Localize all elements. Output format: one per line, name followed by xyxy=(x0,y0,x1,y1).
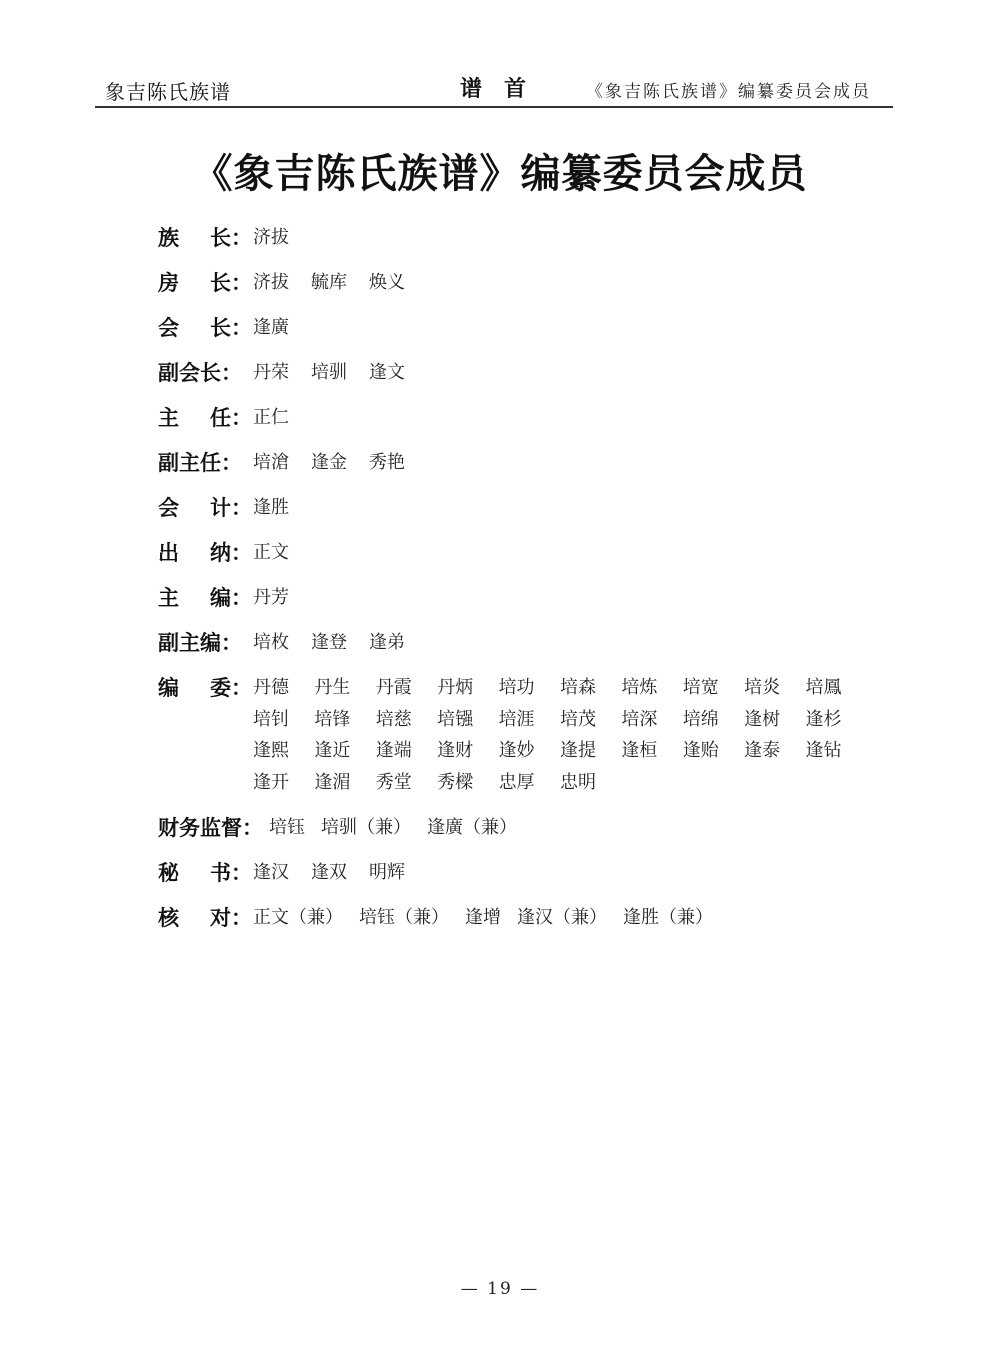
member-name: 逢熙 xyxy=(253,737,314,765)
roster-row: 秘书：逢汉逢双明辉 xyxy=(158,859,878,887)
role-colon: ： xyxy=(221,359,242,387)
member-name: 培枚 xyxy=(253,629,289,657)
member-name: 逢湄 xyxy=(314,769,375,797)
role-colon: ： xyxy=(231,904,252,932)
member-name: 逢杉 xyxy=(806,706,867,734)
roster-row: 族长：济拔 xyxy=(158,224,878,252)
member-names: 济拔毓库焕义 xyxy=(253,269,427,297)
member-name: 培绵 xyxy=(683,706,744,734)
role-name: 财务监督 xyxy=(158,814,242,842)
role-colon: ： xyxy=(231,269,252,297)
member-name: 丹生 xyxy=(314,674,375,702)
role-name: 会计 xyxy=(158,494,231,522)
role-label: 核对： xyxy=(158,904,253,932)
roster-row: 房长：济拔毓库焕义 xyxy=(158,269,878,297)
member-name: 逢金 xyxy=(311,449,347,477)
member-name: 忠明 xyxy=(560,769,621,797)
member-name: 培宽 xyxy=(683,674,744,702)
role-name: 房长 xyxy=(158,269,231,297)
role-colon: ： xyxy=(231,674,252,702)
member-name: 逢泰 xyxy=(744,737,805,765)
role-name: 出纳 xyxy=(158,539,231,567)
roster-row: 副主编：培枚逢登逢弟 xyxy=(158,629,878,657)
member-name: 丹德 xyxy=(253,674,314,702)
header-divider xyxy=(95,106,893,108)
role-colon: ： xyxy=(231,584,252,612)
running-header: 象吉陈氏族谱 谱首 《象吉陈氏族谱》编纂委员会成员 xyxy=(95,70,893,108)
role-colon: ： xyxy=(231,404,252,432)
member-name: 逢财 xyxy=(437,737,498,765)
role-colon: ： xyxy=(231,314,252,342)
roster-row: 会长：逢廣 xyxy=(158,314,878,342)
member-name: 丹芳 xyxy=(253,584,289,612)
member-name: 培森 xyxy=(560,674,621,702)
member-name: 忠厚 xyxy=(499,769,560,797)
role-name: 主任 xyxy=(158,404,231,432)
member-name: 济拔 xyxy=(253,224,289,252)
page-number: — 19 — xyxy=(0,1279,1000,1299)
member-name: 逢开 xyxy=(253,769,314,797)
member-names: 济拔 xyxy=(253,224,311,252)
member-names: 正文 xyxy=(253,539,311,567)
member-name: 逢胜（兼） xyxy=(623,904,713,932)
member-name: 逢端 xyxy=(376,737,437,765)
member-names: 逢汉逢双明辉 xyxy=(253,859,427,887)
role-colon: ： xyxy=(231,224,252,252)
member-name: 逢钻 xyxy=(806,737,867,765)
role-name: 核对 xyxy=(158,904,231,932)
page-title: 《象吉陈氏族谱》编纂委员会成员 xyxy=(0,142,1000,199)
member-name: 逢双 xyxy=(311,859,347,887)
member-name: 秀堂 xyxy=(376,769,437,797)
member-name: 丹炳 xyxy=(437,674,498,702)
role-name: 主编 xyxy=(158,584,231,612)
member-name: 培驯（兼） xyxy=(321,814,411,842)
member-name: 培深 xyxy=(621,706,682,734)
roster-row: 财务监督：培钰培驯（兼）逢廣（兼） xyxy=(158,814,878,842)
role-label: 副主编： xyxy=(158,629,253,657)
member-name: 逢树 xyxy=(744,706,805,734)
member-name: 毓库 xyxy=(311,269,347,297)
member-names: 培枚逢登逢弟 xyxy=(253,629,427,657)
member-name: 逢桓 xyxy=(621,737,682,765)
roster-row: 副主任：培滄逢金秀艳 xyxy=(158,449,878,477)
role-label: 出纳： xyxy=(158,539,253,567)
member-name: 逢廣 xyxy=(253,314,289,342)
member-name: 培钊 xyxy=(253,706,314,734)
member-name: 培茂 xyxy=(560,706,621,734)
member-names: 培滄逢金秀艳 xyxy=(253,449,427,477)
member-names: 丹荣培驯逢文 xyxy=(253,359,427,387)
member-names: 逢廣 xyxy=(253,314,311,342)
book-title: 象吉陈氏族谱 xyxy=(105,76,231,105)
member-names: 培钰培驯（兼）逢廣（兼） xyxy=(269,814,533,842)
member-name: 逢登 xyxy=(311,629,347,657)
member-name: 逢文 xyxy=(369,359,405,387)
member-name: 培钰（兼） xyxy=(359,904,449,932)
roster-row: 编委：丹德丹生丹霞丹炳培功培森培炼培宽培炎培鳳培钊培锋培慈培镪培涯培茂培深培绵逢… xyxy=(158,674,878,797)
role-colon: ： xyxy=(242,814,263,842)
member-name: 秀艳 xyxy=(369,449,405,477)
role-name: 副主编 xyxy=(158,629,221,657)
member-name: 丹荣 xyxy=(253,359,289,387)
committee-roster: 族长：济拔房长：济拔毓库焕义会长：逢廣副会长：丹荣培驯逢文主任：正仁副主任：培滄… xyxy=(158,224,878,949)
member-name: 逢廣（兼） xyxy=(427,814,517,842)
member-name: 培炎 xyxy=(744,674,805,702)
member-names: 逢胜 xyxy=(253,494,311,522)
roster-row: 会计：逢胜 xyxy=(158,494,878,522)
role-name: 会长 xyxy=(158,314,231,342)
role-colon: ： xyxy=(231,539,252,567)
role-label: 副会长： xyxy=(158,359,253,387)
role-label: 族长： xyxy=(158,224,253,252)
member-name: 焕义 xyxy=(369,269,405,297)
member-name: 培涯 xyxy=(499,706,560,734)
member-name: 逢提 xyxy=(560,737,621,765)
role-label: 秘书： xyxy=(158,859,253,887)
member-name: 济拔 xyxy=(253,269,289,297)
member-name: 逢汉 xyxy=(253,859,289,887)
member-name: 正文（兼） xyxy=(253,904,343,932)
roster-row: 核对：正文（兼）培钰（兼）逢增逢汉（兼）逢胜（兼） xyxy=(158,904,878,932)
role-name: 秘书 xyxy=(158,859,231,887)
roster-row: 主编：丹芳 xyxy=(158,584,878,612)
role-name: 编委 xyxy=(158,674,231,702)
member-name: 逢弟 xyxy=(369,629,405,657)
member-names: 丹芳 xyxy=(253,584,311,612)
role-name: 副会长 xyxy=(158,359,221,387)
member-name: 逢增 xyxy=(465,904,501,932)
member-name: 逢胜 xyxy=(253,494,289,522)
member-name: 培钰 xyxy=(269,814,305,842)
member-name: 秀樑 xyxy=(437,769,498,797)
role-label: 编委： xyxy=(158,674,253,702)
role-colon: ： xyxy=(231,859,252,887)
role-label: 财务监督： xyxy=(158,814,263,842)
member-name: 培滄 xyxy=(253,449,289,477)
member-names: 正文（兼）培钰（兼）逢增逢汉（兼）逢胜（兼） xyxy=(253,904,729,932)
member-name: 培驯 xyxy=(311,359,347,387)
member-names: 丹德丹生丹霞丹炳培功培森培炼培宽培炎培鳳培钊培锋培慈培镪培涯培茂培深培绵逢树逢杉… xyxy=(253,674,873,797)
member-name: 逢近 xyxy=(314,737,375,765)
role-label: 主编： xyxy=(158,584,253,612)
role-label: 主任： xyxy=(158,404,253,432)
role-label: 会长： xyxy=(158,314,253,342)
role-name: 副主任 xyxy=(158,449,221,477)
member-name: 丹霞 xyxy=(376,674,437,702)
member-name: 正仁 xyxy=(253,404,289,432)
member-names: 正仁 xyxy=(253,404,311,432)
member-name: 培锋 xyxy=(314,706,375,734)
role-name: 族长 xyxy=(158,224,231,252)
role-label: 会计： xyxy=(158,494,253,522)
member-name: 培慈 xyxy=(376,706,437,734)
running-title: 《象吉陈氏族谱》编纂委员会成员 xyxy=(586,77,871,102)
member-name: 培镪 xyxy=(437,706,498,734)
role-colon: ： xyxy=(221,449,242,477)
member-name: 逢妙 xyxy=(499,737,560,765)
member-name: 培炼 xyxy=(621,674,682,702)
member-name: 正文 xyxy=(253,539,289,567)
role-colon: ： xyxy=(231,494,252,522)
roster-row: 副会长：丹荣培驯逢文 xyxy=(158,359,878,387)
roster-row: 主任：正仁 xyxy=(158,404,878,432)
member-name: 培功 xyxy=(499,674,560,702)
member-name: 逢贻 xyxy=(683,737,744,765)
member-name: 明辉 xyxy=(369,859,405,887)
role-label: 房长： xyxy=(158,269,253,297)
roster-row: 出纳：正文 xyxy=(158,539,878,567)
role-label: 副主任： xyxy=(158,449,253,477)
member-name: 逢汉（兼） xyxy=(517,904,607,932)
member-name: 培鳳 xyxy=(806,674,867,702)
section-name: 谱首 xyxy=(460,72,548,103)
role-colon: ： xyxy=(221,629,242,657)
